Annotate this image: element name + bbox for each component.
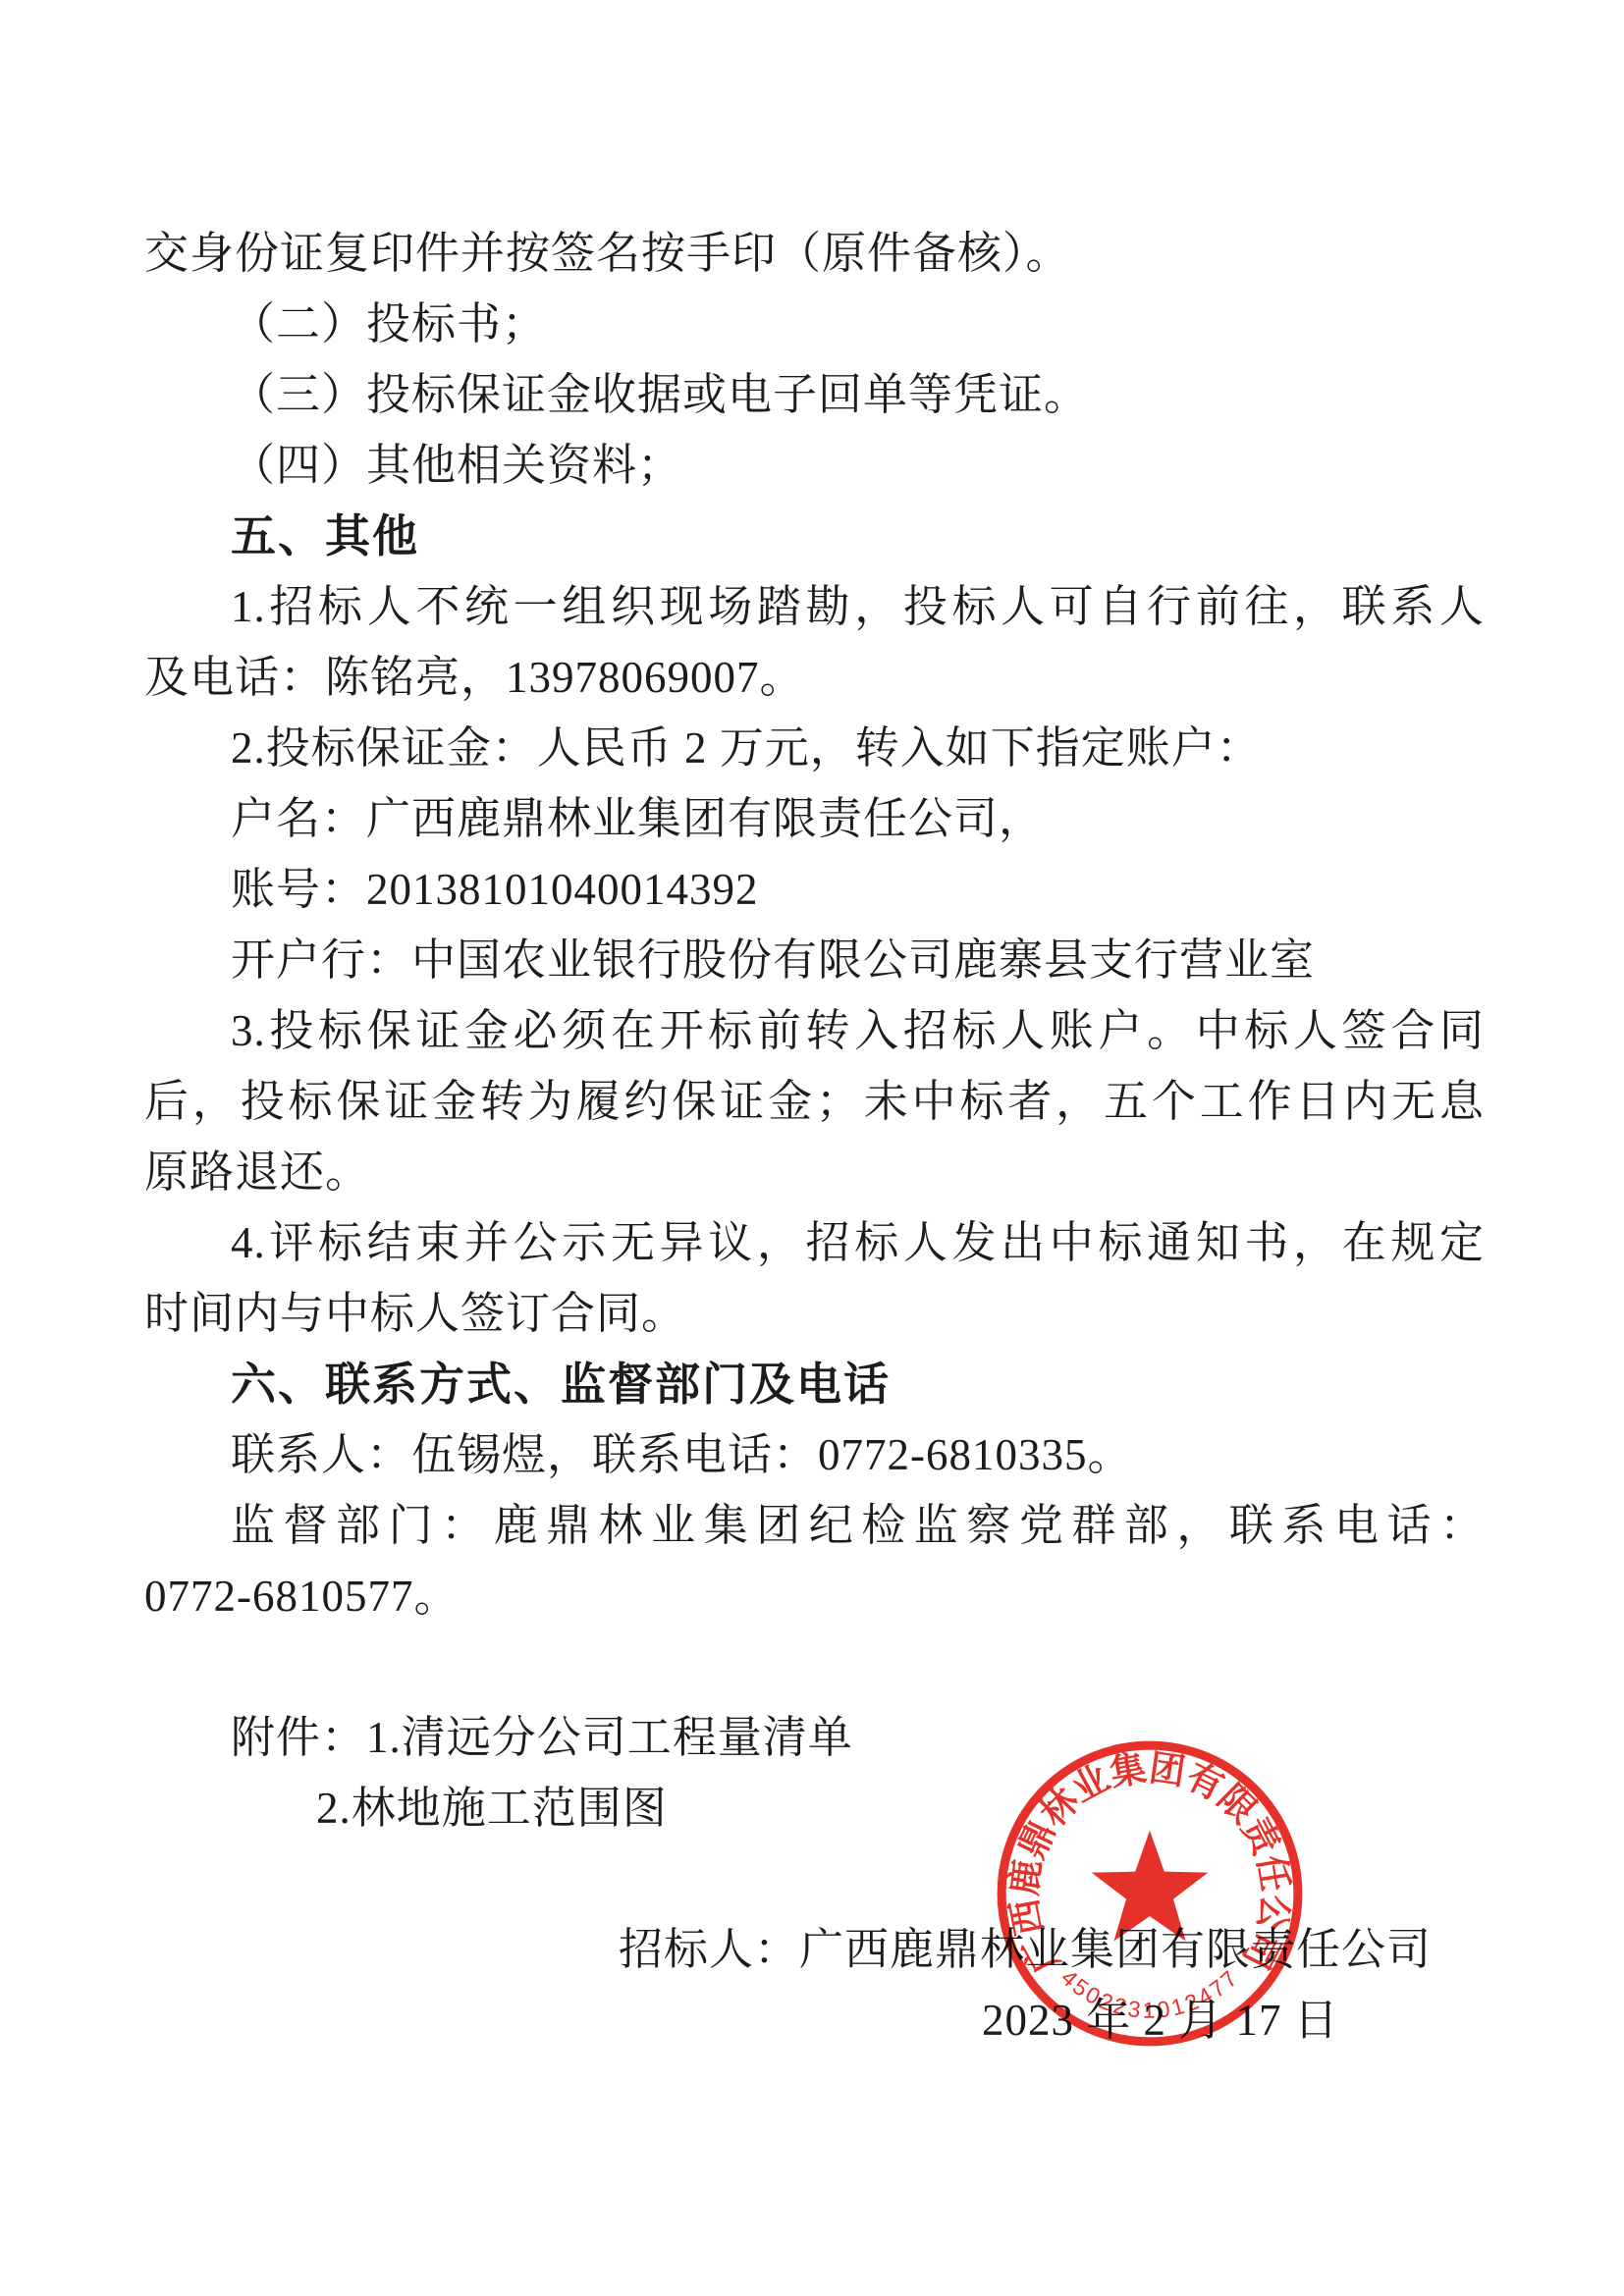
text-line-17: 六、联系方式、监督部门及电话 [231, 1355, 891, 1414]
text-line-13: 后，投标保证金转为履约保证金；未中标者，五个工作日内无息 [144, 1072, 1485, 1131]
text-line-11: 开户行：中国农业银行股份有限公司鹿寨县支行营业室 [231, 931, 1315, 989]
text-line-14: 原路退还。 [144, 1143, 370, 1201]
text-line-9: 户名：广西鹿鼎林业集团有限责任公司， [231, 789, 1044, 848]
text-line-19: 监督部门：鹿鼎林业集团纪检监察党群部，联系电话： [231, 1496, 1485, 1555]
text-line-3: （三）投标保证金收据或电子回单等凭证。 [231, 365, 1089, 424]
text-line-8: 2.投标保证金：人民币 2 万元，转入如下指定账户： [231, 719, 1262, 777]
text-line-7: 及电话：陈铭亮，13978069007。 [144, 648, 805, 707]
seal-number: 4502231012477 [1056, 1963, 1245, 2022]
text-line-21: 附件：1.清远分公司工程量清单 [231, 1708, 853, 1767]
text-line-18: 联系人：伍锡煜，联系电话：0772-6810335。 [231, 1425, 1133, 1484]
seal-star-icon [1092, 1831, 1209, 1942]
text-line-22: 2.林地施工范围图 [316, 1779, 668, 1838]
text-line-15: 4.评标结束并公示无异议，招标人发出中标通知书，在规定 [231, 1213, 1485, 1272]
text-line-5: 五、其他 [231, 507, 419, 565]
text-line-2: （二）投标书； [231, 294, 547, 353]
text-line-20: 0772-6810577。 [144, 1567, 460, 1626]
text-line-10: 账号：20138101040014392 [231, 860, 759, 919]
text-line-6: 1.招标人不统一组织现场踏勘，投标人可自行前往，联系人 [231, 577, 1485, 636]
text-line-4: （四）其他相关资料； [231, 436, 682, 495]
text-line-1: 交身份证复印件并按签名按手印（原件备核）。 [144, 224, 1071, 283]
text-line-12: 3.投标保证金必须在开标前转入招标人账户。中标人签合同 [231, 1001, 1485, 1060]
text-line-16: 时间内与中标人签订合同。 [144, 1284, 686, 1343]
company-seal: 广西鹿鼎林业集团有限责任公司 4502231012477 [982, 1726, 1318, 2061]
document-page: 交身份证复印件并按签名按手印（原件备核）。（二）投标书；（三）投标保证金收据或电… [0, 0, 1624, 2296]
